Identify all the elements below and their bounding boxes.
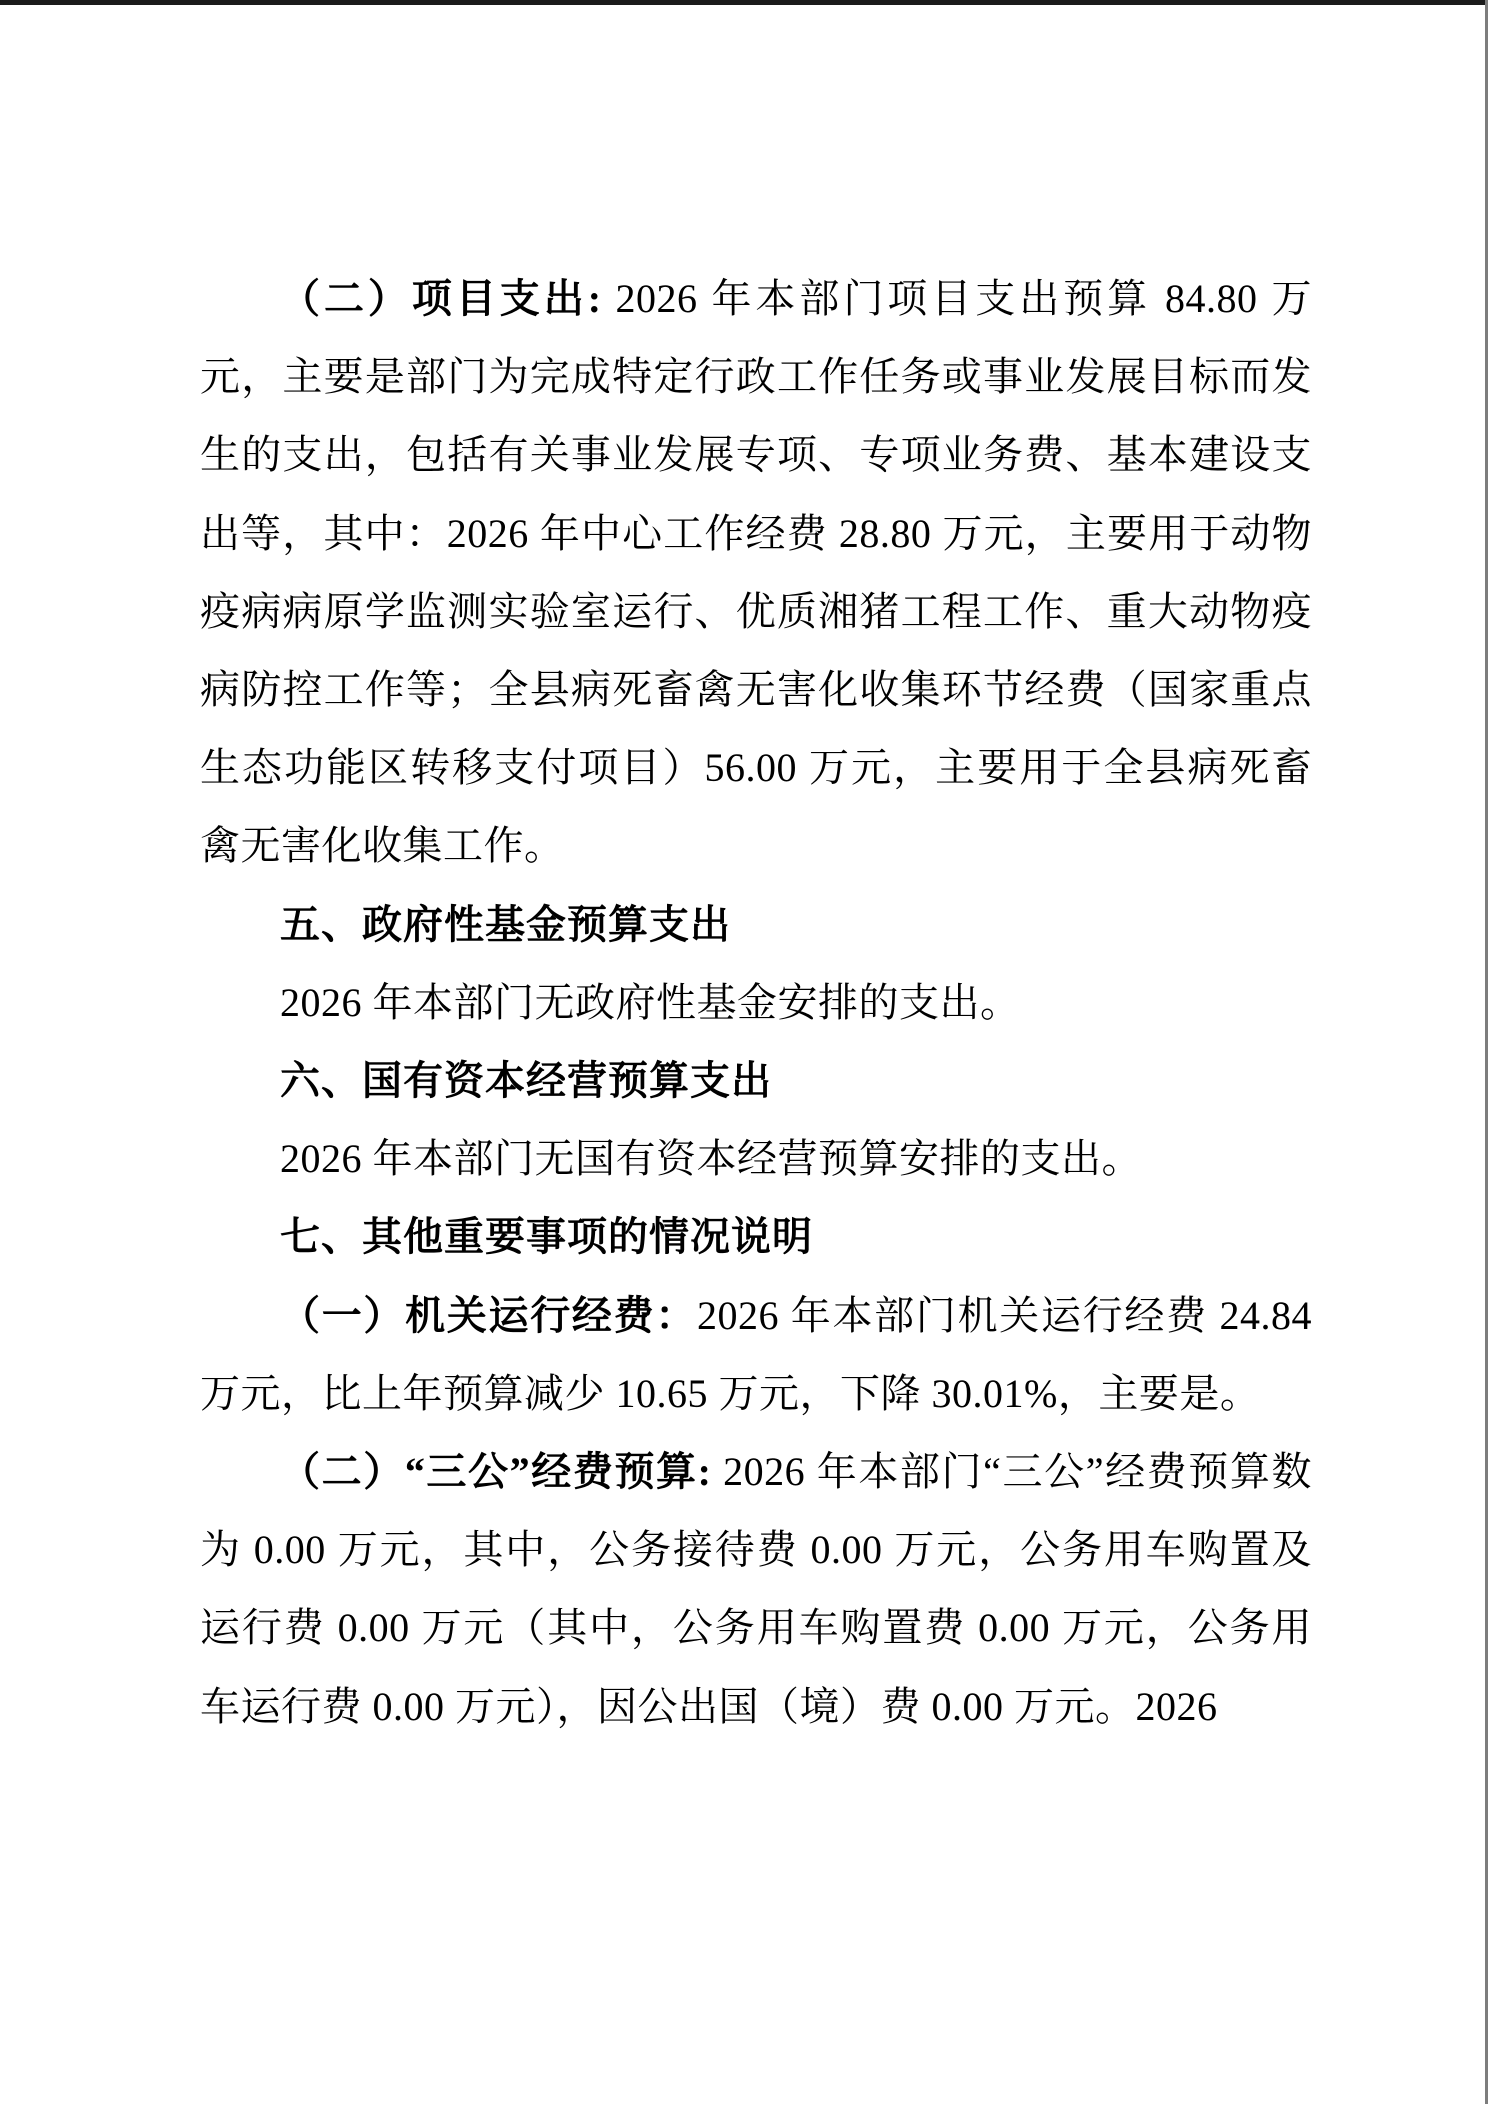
page-top-border [0,0,1488,5]
document-page: （二）项目支出: 2026 年本部门项目支出预算 84.80 万元，主要是部门为… [0,0,1488,2104]
paragraph-operating-funds-lead: （一）机关运行经费： [280,1293,697,1338]
heading-other-important-matters: 七、其他重要事项的情况说明 [200,1198,1312,1276]
paragraph-three-public-expenses: （二）“三公”经费预算: 2026 年本部门“三公”经费预算数为 0.00 万元… [200,1433,1312,1746]
paragraph-project-expenditure: （二）项目支出: 2026 年本部门项目支出预算 84.80 万元，主要是部门为… [200,260,1312,886]
paragraph-project-expenditure-text: 2026 年本部门项目支出预算 84.80 万元，主要是部门为完成特定行政工作任… [200,276,1312,868]
paragraph-government-fund-budget: 2026 年本部门无政府性基金安排的支出。 [200,964,1312,1042]
paragraph-three-public-expenses-lead: （二）“三公”经费预算: [280,1449,712,1494]
heading-government-fund-budget: 五、政府性基金预算支出 [200,886,1312,964]
document-body: （二）项目支出: 2026 年本部门项目支出预算 84.80 万元，主要是部门为… [200,260,1312,1746]
paragraph-state-capital-budget: 2026 年本部门无国有资本经营预算安排的支出。 [200,1120,1312,1198]
paragraph-operating-funds: （一）机关运行经费：2026 年本部门机关运行经费 24.84 万元，比上年预算… [200,1277,1312,1433]
heading-state-capital-budget: 六、国有资本经营预算支出 [200,1042,1312,1120]
paragraph-project-expenditure-lead: （二）项目支出: [280,276,602,321]
